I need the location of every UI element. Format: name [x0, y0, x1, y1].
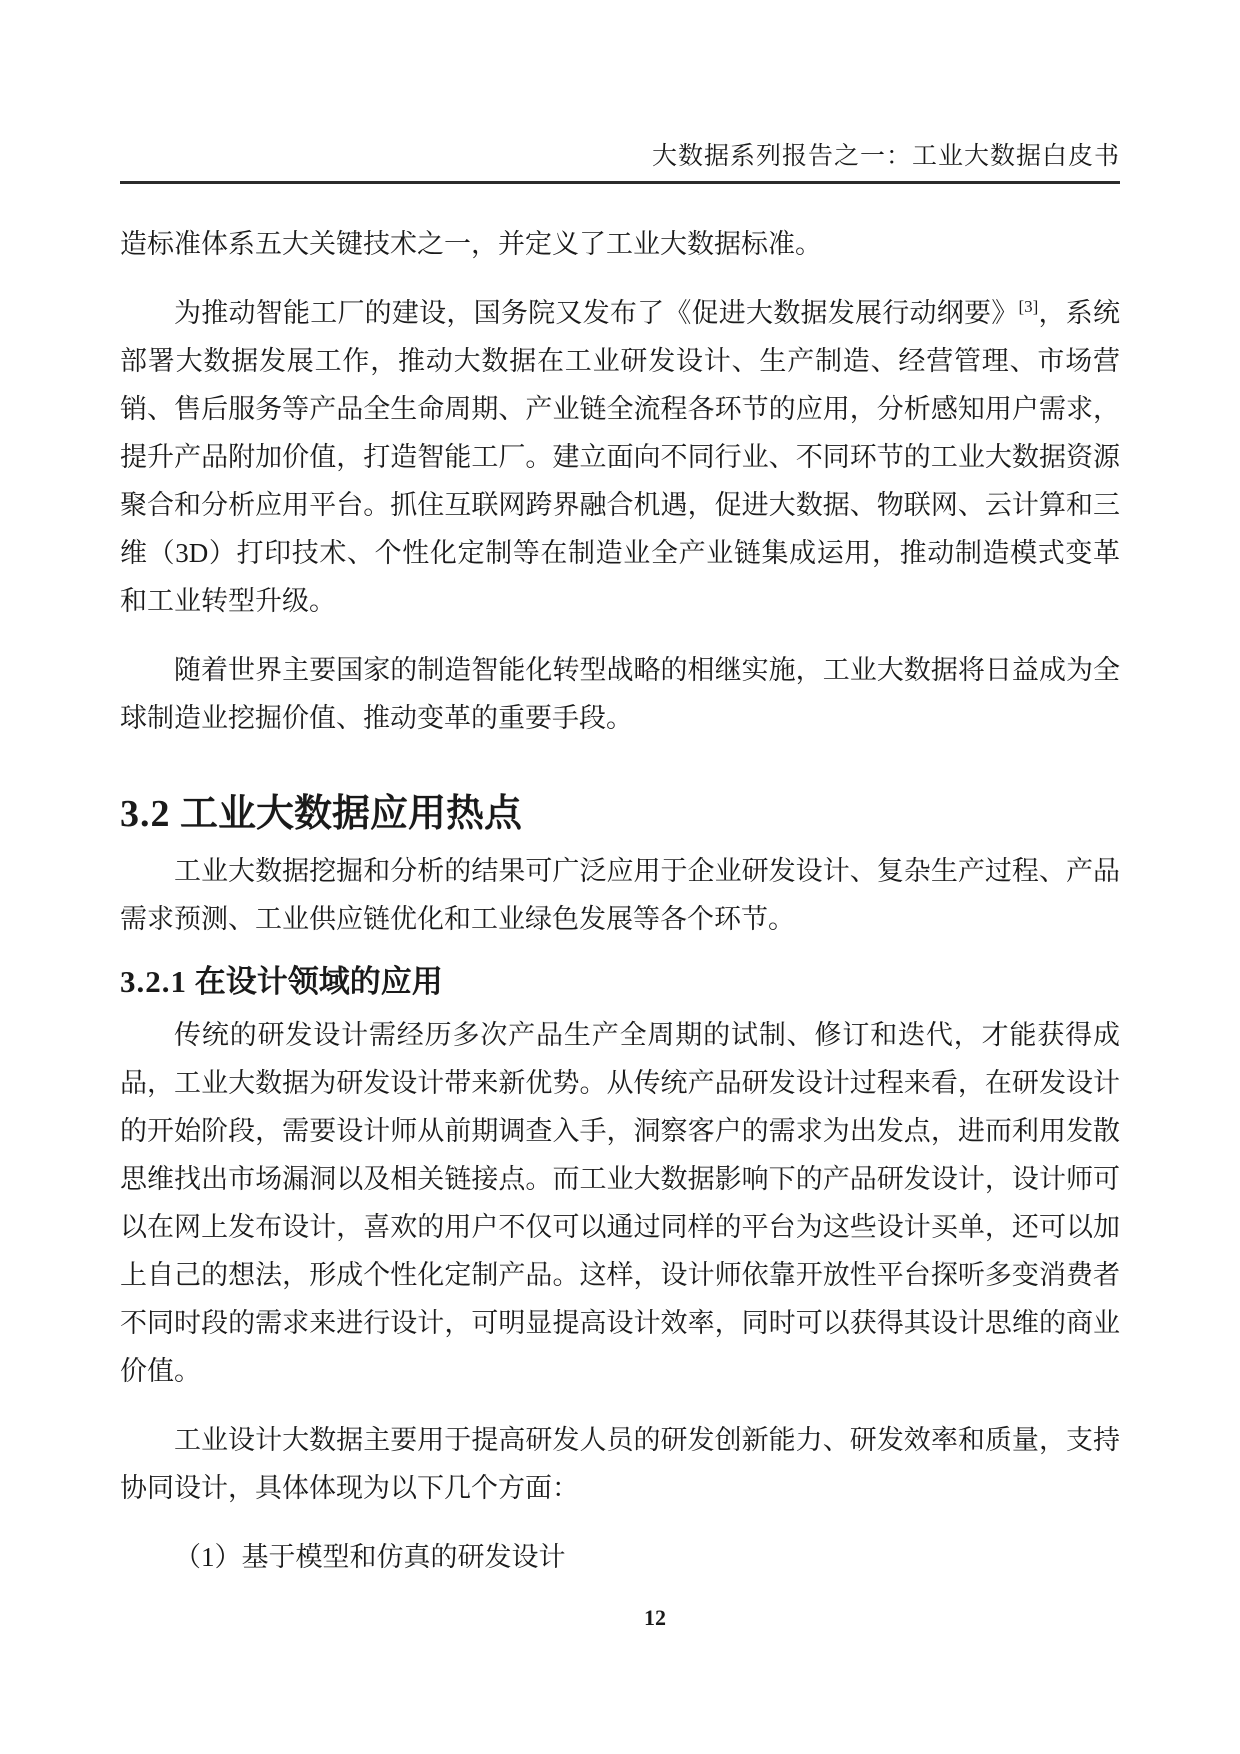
paragraph-policy-text-after-citation: ，系统部署大数据发展工作，推动大数据在工业研发设计、生产制造、经营管理、市场营销…	[120, 298, 1120, 616]
section-heading-3-2: 3.2 工业大数据应用热点	[120, 792, 1120, 836]
paragraph-3-2-intro: 工业大数据挖掘和分析的结果可广泛应用于企业研发设计、复杂生产过程、产品需求预测、…	[120, 847, 1120, 943]
page-footer: 12	[120, 1604, 1120, 1632]
running-header-title: 大数据系列报告之一：工业大数据白皮书	[120, 143, 1120, 170]
document-body: 造标准体系五大关键技术之一，并定义了工业大数据标准。 为推动智能工厂的建设，国务…	[120, 220, 1120, 1602]
paragraph-policy: 为推动智能工厂的建设，国务院又发布了《促进大数据发展行动纲要》[3]，系统部署大…	[120, 289, 1120, 625]
paragraph-trend: 随着世界主要国家的制造智能化转型战略的相继实施，工业大数据将日益成为全球制造业挖…	[120, 646, 1120, 742]
subsection-heading-3-2-1-title: 在设计领域的应用	[195, 964, 443, 999]
section-heading-3-2-number: 3.2	[120, 793, 171, 835]
subsection-heading-3-2-1: 3.2.1 在设计领域的应用	[120, 964, 1120, 1000]
paragraph-design-overview: 传统的研发设计需经历多次产品生产全周期的试制、修订和迭代，才能获得成品，工业大数…	[120, 1011, 1120, 1395]
citation-marker-3: [3]	[1018, 297, 1038, 316]
heading-spacer	[187, 964, 195, 999]
document-page: 大数据系列报告之一：工业大数据白皮书 造标准体系五大关键技术之一，并定义了工业大…	[0, 0, 1240, 1754]
paragraph-continuation: 造标准体系五大关键技术之一，并定义了工业大数据标准。	[120, 220, 1120, 268]
heading-spacer	[171, 793, 181, 835]
paragraph-list-item-1: （1）基于模型和仿真的研发设计	[120, 1533, 1120, 1581]
subsection-heading-3-2-1-number: 3.2.1	[120, 964, 187, 999]
paragraph-policy-text-before-citation: 为推动智能工厂的建设，国务院又发布了《促进大数据发展行动纲要》	[174, 298, 1018, 328]
page-header: 大数据系列报告之一：工业大数据白皮书	[120, 143, 1120, 184]
page-number: 12	[644, 1605, 666, 1630]
paragraph-design-usage: 工业设计大数据主要用于提高研发人员的研发创新能力、研发效率和质量，支持协同设计，…	[120, 1416, 1120, 1512]
section-heading-3-2-title: 工业大数据应用热点	[180, 793, 522, 835]
